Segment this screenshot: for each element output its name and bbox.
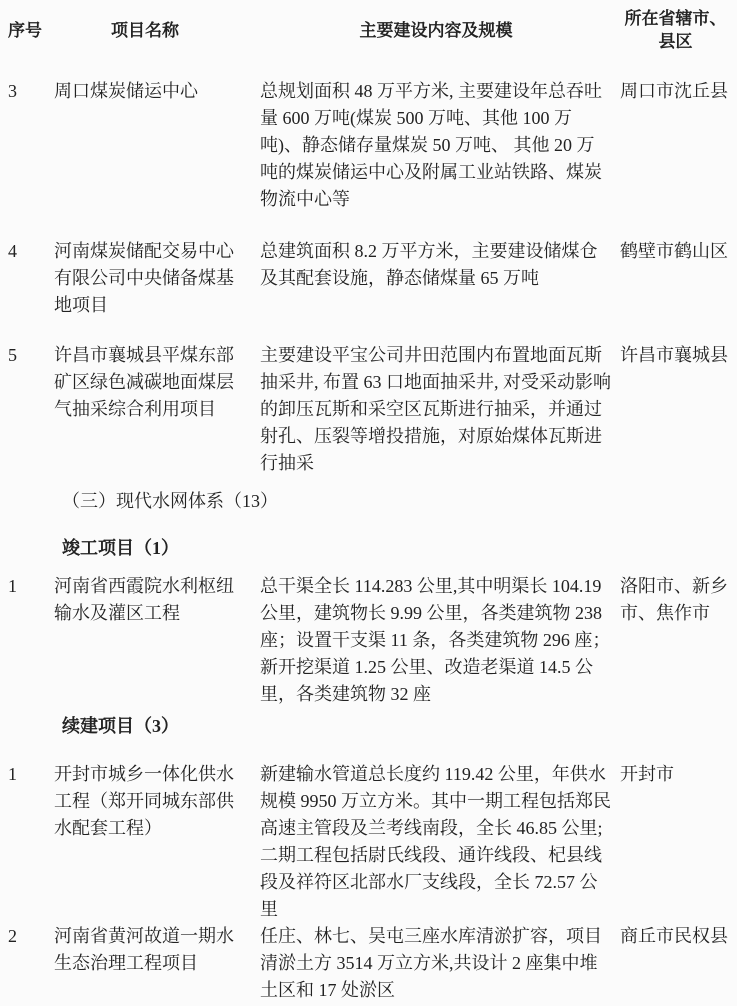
- row-content: 总建筑面积 8.2 万平方米，主要建设储煤仓及其配套设施，静态储煤量 65 万吨: [260, 238, 620, 292]
- row-seq: 1: [0, 573, 54, 600]
- row-project-name: 河南省西霞院水利枢纽输水及灌区工程: [54, 573, 260, 627]
- row-project-name: 开封市城乡一体化供水工程（郑开同城东部供水配套工程）: [54, 761, 260, 842]
- header-cell-seq: 序号: [0, 19, 54, 42]
- row-seq: 1: [0, 761, 54, 788]
- table-row: 1 河南省西霞院水利枢纽输水及灌区工程 总干渠全长 114.283 公里,其中明…: [0, 573, 737, 708]
- table-row: 1 开封市城乡一体化供水工程（郑开同城东部供水配套工程） 新建输水管道总长度约 …: [0, 761, 737, 923]
- row-content: 总规划面积 48 万平方米, 主要建设年总吞吐量 600 万吨(煤炭 500 万…: [260, 78, 620, 213]
- row-location: 洛阳市、新乡市、焦作市: [620, 573, 731, 627]
- table-row: 4 河南煤炭储配交易中心有限公司中央储备煤基地项目 总建筑面积 8.2 万平方米…: [0, 238, 737, 319]
- row-project-name: 许昌市襄城县平煤东部矿区绿色减碳地面煤层气抽采综合利用项目: [54, 342, 260, 423]
- subsection-heading-completed: 竣工项目（1）: [62, 535, 737, 562]
- row-location: 开封市: [620, 761, 731, 788]
- row-content: 主要建设平宝公司井田范围内布置地面瓦斯抽采井, 布置 63 口地面抽采井, 对受…: [260, 342, 620, 477]
- table-header: 序号 项目名称 主要建设内容及规模 所在省辖市、县区: [0, 5, 737, 55]
- row-location: 周口市沈丘县: [620, 78, 731, 105]
- row-seq: 5: [0, 342, 54, 369]
- table-row: 3 周口煤炭储运中心 总规划面积 48 万平方米, 主要建设年总吞吐量 600 …: [0, 78, 737, 213]
- row-content: 总干渠全长 114.283 公里,其中明渠长 104.19 公里，建筑物长 9.…: [260, 573, 620, 708]
- table-row: 5 许昌市襄城县平煤东部矿区绿色减碳地面煤层气抽采综合利用项目 主要建设平宝公司…: [0, 342, 737, 477]
- row-seq: 2: [0, 923, 54, 950]
- row-seq: 4: [0, 238, 54, 265]
- row-location: 许昌市襄城县: [620, 342, 731, 369]
- subsection-heading-continued: 续建项目（3）: [62, 713, 737, 740]
- row-project-name: 河南省黄河故道一期水生态治理工程项目: [54, 923, 260, 977]
- header-cell-location: 所在省辖市、县区: [620, 7, 731, 53]
- row-seq: 3: [0, 78, 54, 105]
- row-location: 鹤壁市鹤山区: [620, 238, 731, 265]
- section-heading: （三）现代水网体系（13）: [62, 488, 737, 515]
- row-content: 新建输水管道总长度约 119.42 公里，年供水规模 9950 万立方米。其中一…: [260, 761, 620, 923]
- row-content: 任庄、林七、吴屯三座水库清淤扩容，项目清淤土方 3514 万立方米,共设计 2 …: [260, 923, 620, 1004]
- header-cell-content: 主要建设内容及规模: [260, 19, 620, 42]
- document-page: 序号 项目名称 主要建设内容及规模 所在省辖市、县区 3 周口煤炭储运中心 总规…: [0, 0, 737, 1006]
- row-project-name: 河南煤炭储配交易中心有限公司中央储备煤基地项目: [54, 238, 260, 319]
- header-cell-name: 项目名称: [54, 19, 260, 42]
- table-row: 2 河南省黄河故道一期水生态治理工程项目 任庄、林七、吴屯三座水库清淤扩容，项目…: [0, 923, 737, 1004]
- row-location: 商丘市民权县: [620, 923, 731, 950]
- row-project-name: 周口煤炭储运中心: [54, 78, 260, 105]
